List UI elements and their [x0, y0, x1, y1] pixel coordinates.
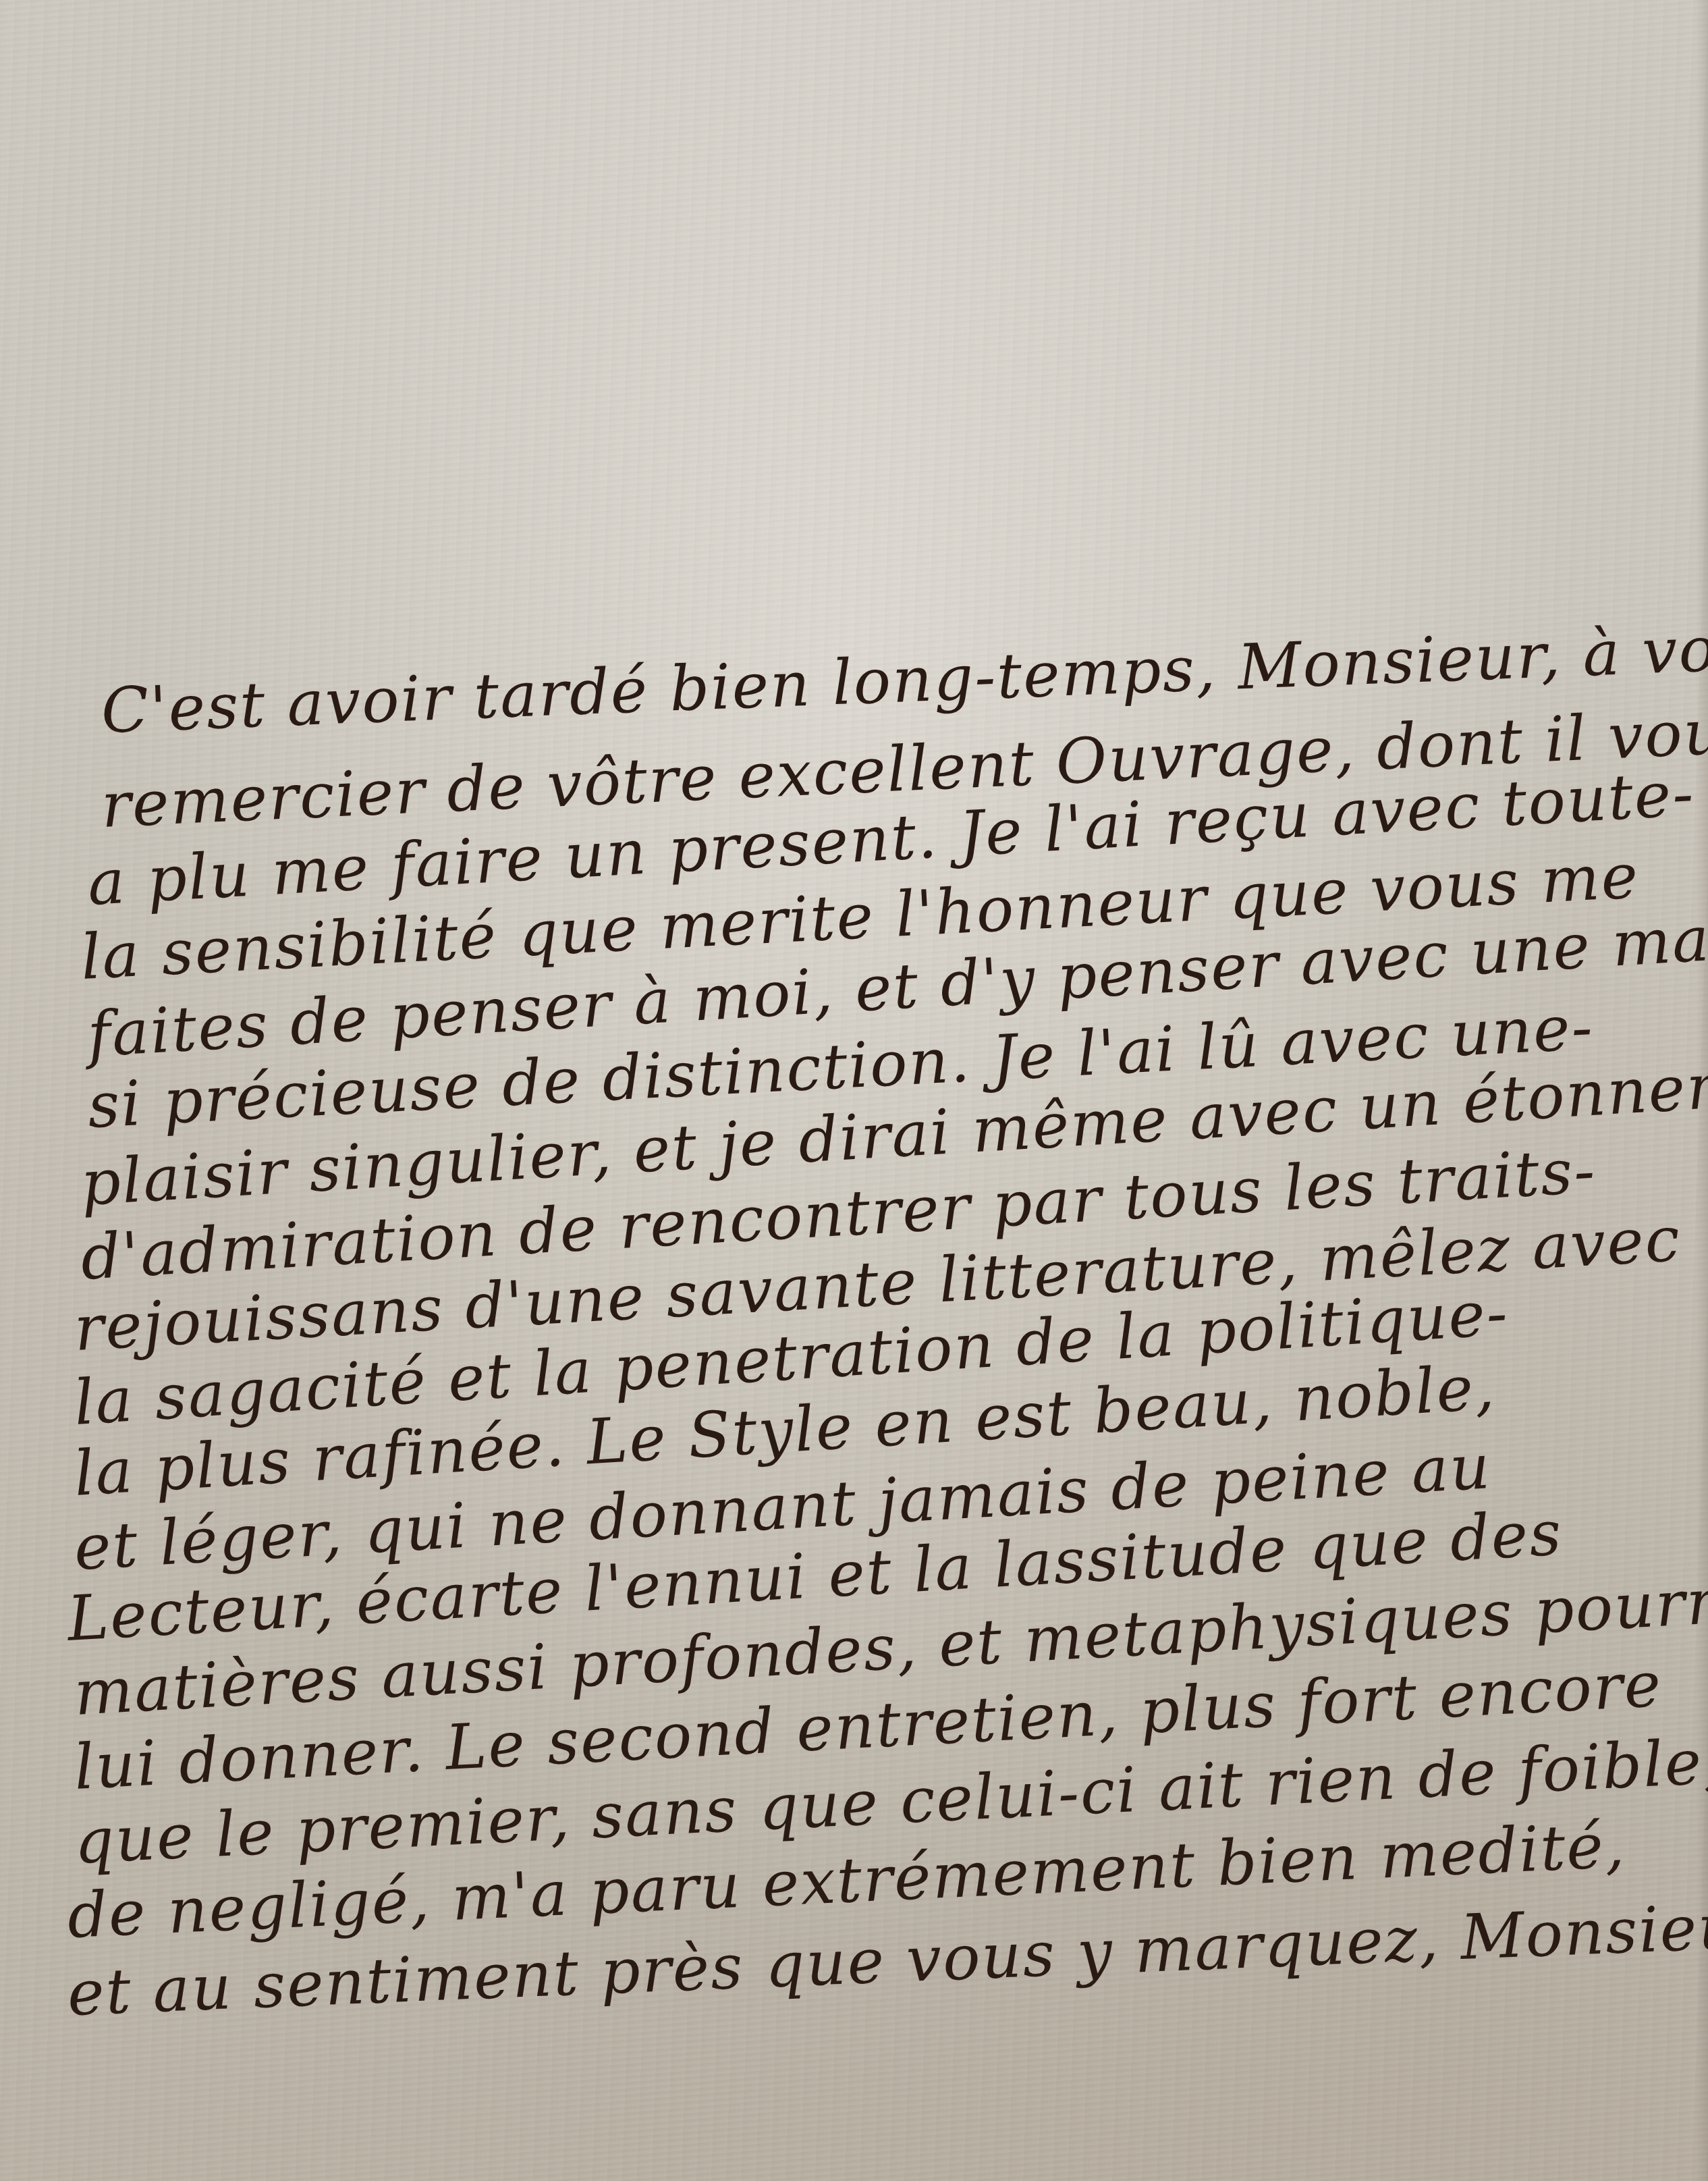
letter-body: C'est avoir tardé bien long-temps, Monsi…	[0, 0, 1708, 2181]
manuscript-page: C'est avoir tardé bien long-temps, Monsi…	[0, 0, 1708, 2181]
